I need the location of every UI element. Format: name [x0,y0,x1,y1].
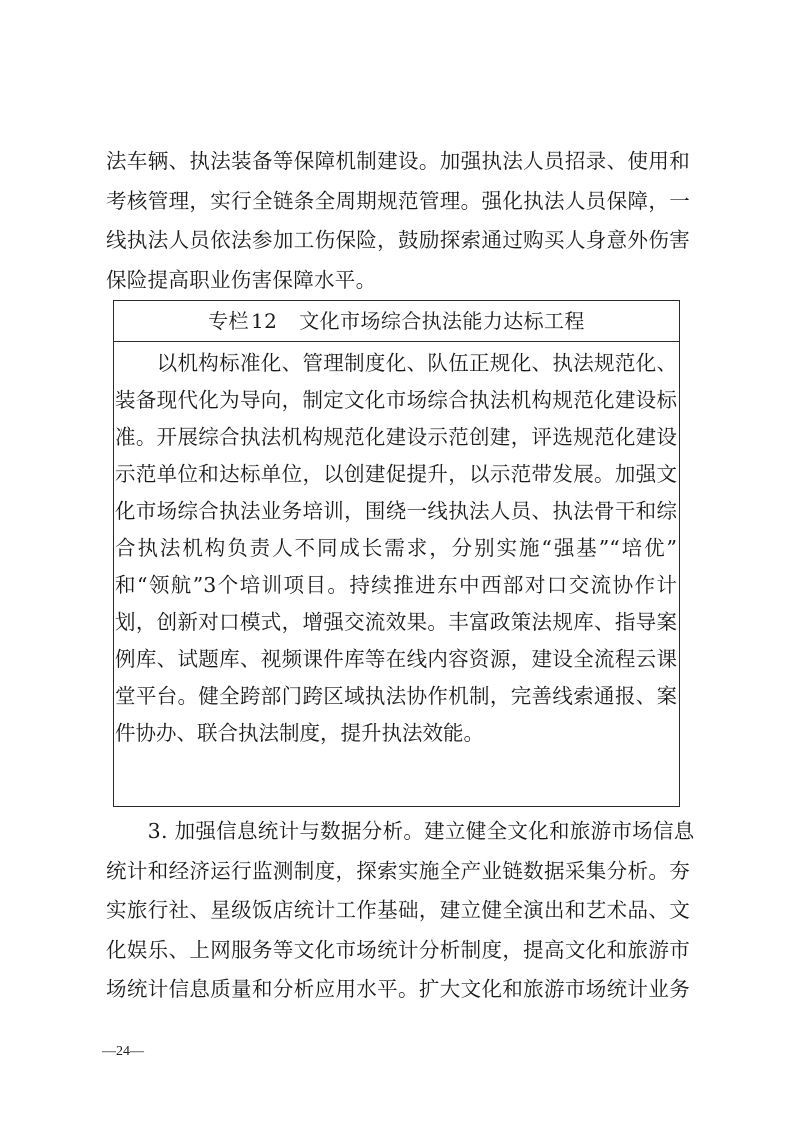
text-line: 考核管理，实行全链条全周期规范管理。强化执法人员保障，一 [106,182,690,222]
text-line: 合执法机构负责人不同成长需求，分别实施“强基”“培优” [115,530,677,567]
text-line: 统计和经济运行监测制度，探索实施全产业链数据采集分析。夯 [106,852,690,892]
column-number: 12 [251,309,277,333]
intro-paragraph: 法车辆、执法装备等保障机制建设。加强执法人员招录、使用和 考核管理，实行全链条全… [106,142,690,300]
text-line: 件协办、联合执法制度，提升执法效能。 [115,715,677,752]
column-box-header: 专栏12文化市场综合执法能力达标工程 [114,301,679,342]
text-line: 实旅行社、星级饭店统计工作基础，建立健全演出和艺术品、文 [106,891,690,931]
text-line: 场统计信息质量和分析应用水平。扩大文化和旅游市场统计业务 [106,970,690,1010]
text-line: 3. 加强信息统计与数据分析。建立健全文化和旅游市场信息 [106,812,690,852]
column-label: 专栏 [208,309,249,333]
column-box: 专栏12文化市场综合执法能力达标工程 以机构标准化、管理制度化、队伍正规化、执法… [113,300,680,807]
text-line: 和“领航”3个培训项目。持续推进东中西部对口交流协作计 [115,567,677,604]
column-box-body: 以机构标准化、管理制度化、队伍正规化、执法规范化、 装备现代化为导向，制定文化市… [114,342,679,752]
text-line: 化娱乐、上网服务等文化市场统计分析制度，提高文化和旅游市 [106,931,690,971]
text-line: 法车辆、执法装备等保障机制建设。加强执法人员招录、使用和 [106,142,690,182]
page-number: —24— [102,1044,144,1060]
column-title: 文化市场综合执法能力达标工程 [299,309,585,333]
text-line: 示范单位和达标单位，以创建促提升，以示范带发展。加强文 [115,456,677,493]
section-paragraph: 3. 加强信息统计与数据分析。建立健全文化和旅游市场信息 统计和经济运行监测制度… [106,812,690,1010]
text-line: 例库、试题库、视频课件库等在线内容资源，建设全流程云课 [115,641,677,678]
text-line: 划，创新对口模式，增强交流效果。丰富政策法规库、指导案 [115,604,677,641]
text-line: 堂平台。健全跨部门跨区域执法协作机制，完善线索通报、案 [115,678,677,715]
document-page: 法车辆、执法装备等保障机制建设。加强执法人员招录、使用和 考核管理，实行全链条全… [0,0,793,1122]
text-line: 线执法人员依法参加工伤保险，鼓励探索通过购买人身意外伤害 [106,221,690,261]
text-line: 化市场综合执法业务培训，围绕一线执法人员、执法骨干和综 [115,493,677,530]
text-line: 装备现代化为导向，制定文化市场综合执法机构规范化建设标 [115,382,677,419]
text-line: 保险提高职业伤害保障水平。 [106,261,690,301]
text-line: 准。开展综合执法机构规范化建设示范创建，评选规范化建设 [115,419,677,456]
text-line: 以机构标准化、管理制度化、队伍正规化、执法规范化、 [115,345,677,382]
